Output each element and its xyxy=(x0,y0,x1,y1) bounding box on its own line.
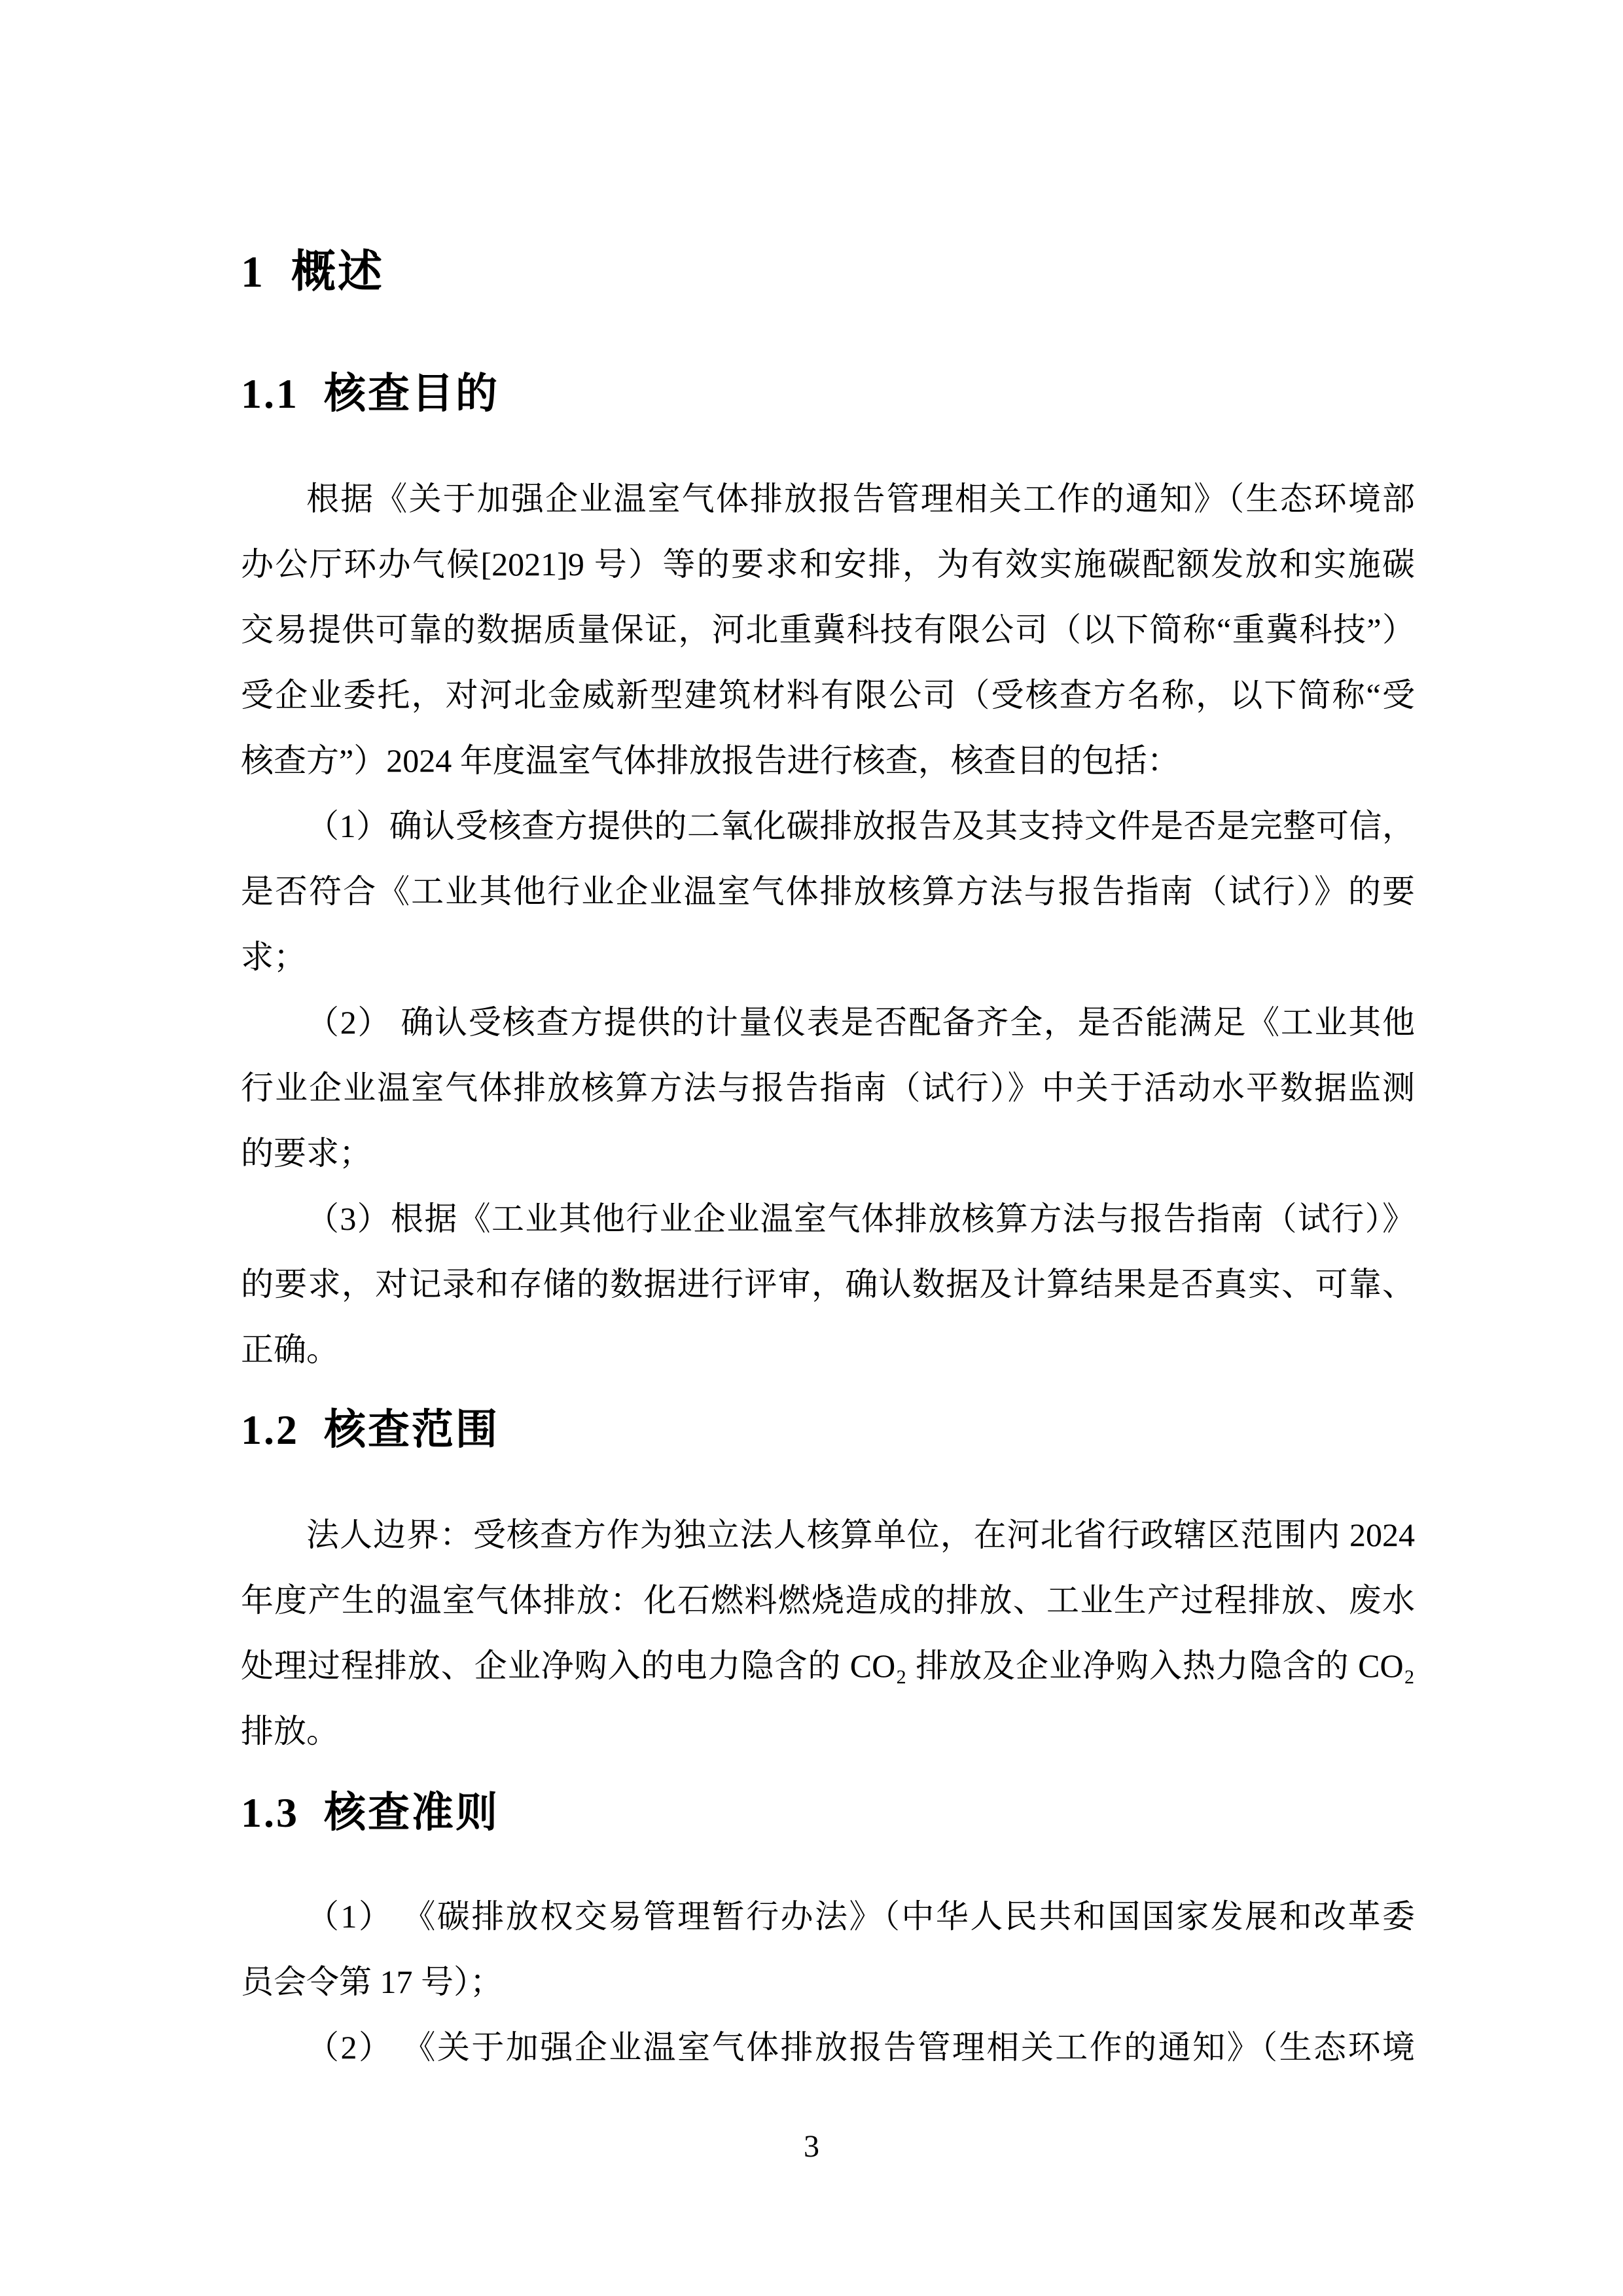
text-line: 年度产生的温室气体排放：化石燃料燃烧造成的排放、工业生产过程排放、废水 xyxy=(241,1568,1415,1633)
section-heading-1: 1 概述 xyxy=(241,242,1415,301)
paragraph-purpose-item-3: （3）根据《工业其他行业企业温室气体排放核算方法与报告指南（试行）》 的要求，对… xyxy=(241,1186,1415,1382)
text-line: （1）确认受核查方提供的二氧化碳排放报告及其支持文件是否是完整可信， xyxy=(241,793,1415,859)
text-line: （2） 确认受核查方提供的计量仪表是否配备齐全，是否能满足《工业其他 xyxy=(241,990,1415,1055)
text-line: （1） 《碳排放权交易管理暂行办法》（中华人民共和国国家发展和改革委 xyxy=(241,1884,1415,1949)
text-line: 交易提供可靠的数据质量保证，河北重冀科技有限公司（以下简称“重冀科技”） xyxy=(241,597,1415,662)
paragraph-scope: 法人边界：受核查方作为独立法人核算单位，在河北省行政辖区范围内 2024 年度产… xyxy=(241,1502,1415,1764)
text-line: 根据《关于加强企业温室气体排放报告管理相关工作的通知》（生态环境部 xyxy=(241,466,1415,531)
text-line: 核查方”）2024 年度温室气体排放报告进行核查，核查目的包括： xyxy=(241,728,1415,793)
text-line: 受企业委托，对河北金威新型建筑材料有限公司（受核查方名称，以下简称“受 xyxy=(241,662,1415,728)
text-line: 求； xyxy=(241,924,1415,990)
text-line: 排放。 xyxy=(241,1698,1415,1764)
text-line: 员会令第 17 号）； xyxy=(241,1949,1415,2015)
section-heading-1-3: 1.3 核查准则 xyxy=(241,1784,1415,1842)
paragraph-criteria-item-2: （2） 《关于加强企业温室气体排放报告管理相关工作的通知》（生态环境 xyxy=(241,2015,1415,2080)
text-line: （3）根据《工业其他行业企业温室气体排放核算方法与报告指南（试行）》 xyxy=(241,1186,1415,1251)
text-line: 处理过程排放、企业净购入的电力隐含的 CO₂ 排放及企业净购入热力隐含的 CO₂ xyxy=(241,1633,1415,1698)
paragraph-purpose-item-2: （2） 确认受核查方提供的计量仪表是否配备齐全，是否能满足《工业其他 行业企业温… xyxy=(241,990,1415,1186)
text-line: 办公厅环办气候[2021]9 号）等的要求和安排，为有效实施碳配额发放和实施碳 xyxy=(241,531,1415,597)
paragraph-criteria-item-1: （1） 《碳排放权交易管理暂行办法》（中华人民共和国国家发展和改革委 员会令第 … xyxy=(241,1884,1415,2015)
document-page: 1 概述 1.1 核查目的 根据《关于加强企业温室气体排放报告管理相关工作的通知… xyxy=(0,0,1623,2296)
text-line: 的要求； xyxy=(241,1121,1415,1186)
paragraph-purpose-intro: 根据《关于加强企业温室气体排放报告管理相关工作的通知》（生态环境部 办公厅环办气… xyxy=(241,466,1415,793)
text-line: 法人边界：受核查方作为独立法人核算单位，在河北省行政辖区范围内 2024 xyxy=(241,1502,1415,1568)
text-line: 正确。 xyxy=(241,1317,1415,1382)
section-heading-1-1: 1.1 核查目的 xyxy=(241,365,1415,423)
text-line: 行业企业温室气体排放核算方法与报告指南（试行）》中关于活动水平数据监测 xyxy=(241,1055,1415,1121)
text-line: 的要求，对记录和存储的数据进行评审，确认数据及计算结果是否真实、可靠、 xyxy=(241,1251,1415,1317)
page-number: 3 xyxy=(0,2127,1623,2166)
text-line: （2） 《关于加强企业温室气体排放报告管理相关工作的通知》（生态环境 xyxy=(241,2015,1415,2080)
paragraph-purpose-item-1: （1）确认受核查方提供的二氧化碳排放报告及其支持文件是否是完整可信， 是否符合《… xyxy=(241,793,1415,990)
section-heading-1-2: 1.2 核查范围 xyxy=(241,1401,1415,1460)
text-line: 是否符合《工业其他行业企业温室气体排放核算方法与报告指南（试行）》的要 xyxy=(241,859,1415,924)
